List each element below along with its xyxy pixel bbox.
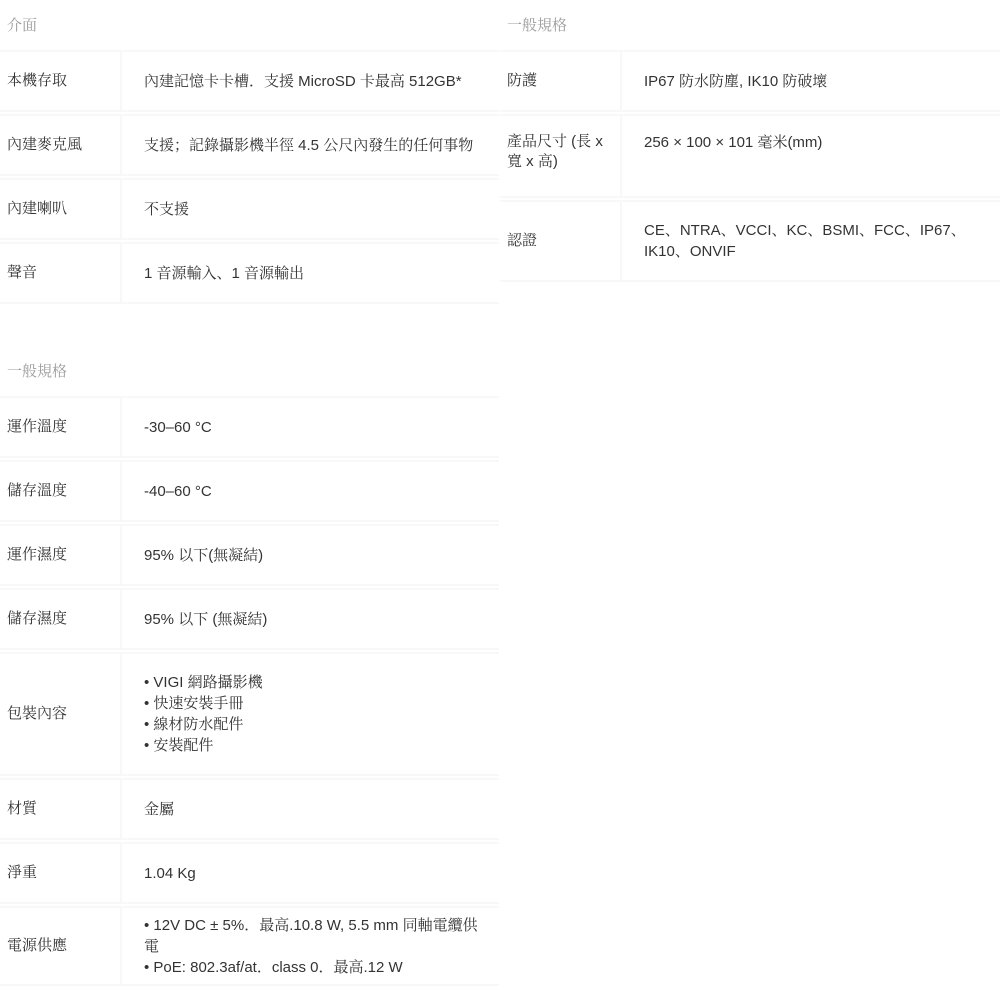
spec-value: 12V DC ± 5%．最高.10.8 W, 5.5 mm 同軸電纜供電 PoE…	[122, 908, 499, 984]
spec-value: VIGI 網路攝影機 快速安裝手冊 線材防水配件 安裝配件	[122, 654, 499, 774]
spec-value: 256 × 100 × 101 毫米(mm)	[622, 116, 1000, 196]
list-item: VIGI 網路攝影機	[144, 672, 263, 693]
package-contents-list: VIGI 網路攝影機 快速安裝手冊 線材防水配件 安裝配件	[144, 672, 263, 756]
spec-label: 運作溫度	[0, 398, 122, 456]
spec-row-operating-temp: 運作溫度 -30–60 °C	[0, 396, 499, 458]
spec-value: 金屬	[122, 780, 499, 838]
list-item: 12V DC ± 5%．最高.10.8 W, 5.5 mm 同軸電纜供電	[144, 915, 489, 957]
spec-row-protection: 防護 IP67 防水防塵, IK10 防破壞	[500, 50, 1000, 112]
spec-value: 1.04 Kg	[122, 844, 499, 902]
spec-row-operating-humidity: 運作濕度 95% 以下(無凝結)	[0, 524, 499, 586]
spec-label: 包裝內容	[0, 654, 122, 774]
spec-row-certification: 認證 CE、NTRA、VCCI、KC、BSMI、FCC、IP67、IK10、ON…	[500, 200, 1000, 282]
list-item: PoE: 802.3af/at．class 0．最高.12 W	[144, 957, 489, 978]
spec-label: 防護	[500, 52, 622, 110]
right-column: 一般規格 防護 IP67 防水防塵, IK10 防破壞 產品尺寸 (長 x 寬 …	[500, 0, 1000, 284]
interface-table: 本機存取 內建記憶卡卡槽．支援 MicroSD 卡最高 512GB* 內建麥克風…	[0, 50, 499, 304]
spec-label: 內建喇叭	[0, 180, 122, 238]
list-item: 安裝配件	[144, 735, 263, 756]
spec-row-local-storage: 本機存取 內建記憶卡卡槽．支援 MicroSD 卡最高 512GB*	[0, 50, 499, 112]
spec-label: 聲音	[0, 244, 122, 302]
spec-label: 儲存濕度	[0, 590, 122, 648]
spec-value: -30–60 °C	[122, 398, 499, 456]
general-section-left: 一般規格 運作溫度 -30–60 °C 儲存溫度 -40–60 °C 運作濕度 …	[0, 346, 499, 986]
spec-row-microphone: 內建麥克風 支援；記錄攝影機半徑 4.5 公尺內發生的任何事物	[0, 114, 499, 176]
section-gap	[0, 306, 499, 346]
spec-label: 產品尺寸 (長 x 寬 x 高)	[500, 116, 622, 196]
section-title-general: 一般規格	[500, 0, 1000, 50]
spec-row-dimensions: 產品尺寸 (長 x 寬 x 高) 256 × 100 × 101 毫米(mm)	[500, 114, 1000, 198]
spec-label: 內建麥克風	[0, 116, 122, 174]
spec-value: CE、NTRA、VCCI、KC、BSMI、FCC、IP67、IK10、ONVIF	[622, 202, 1000, 280]
spec-label: 儲存溫度	[0, 462, 122, 520]
spec-row-storage-temp: 儲存溫度 -40–60 °C	[0, 460, 499, 522]
spec-value: 95% 以下(無凝結)	[122, 526, 499, 584]
general-table: 運作溫度 -30–60 °C 儲存溫度 -40–60 °C 運作濕度 95% 以…	[0, 396, 499, 986]
spec-value: -40–60 °C	[122, 462, 499, 520]
spec-value: 95% 以下 (無凝結)	[122, 590, 499, 648]
spec-value: IP67 防水防塵, IK10 防破壞	[622, 52, 1000, 110]
spec-label: 電源供應	[0, 908, 122, 984]
spec-label: 材質	[0, 780, 122, 838]
spec-value: 1 音源輸入、1 音源輸出	[122, 244, 499, 302]
section-title-interface: 介面	[0, 0, 499, 50]
general-table-right: 防護 IP67 防水防塵, IK10 防破壞 產品尺寸 (長 x 寬 x 高) …	[500, 50, 1000, 282]
section-title-general: 一般規格	[0, 346, 499, 396]
spec-row-speaker: 內建喇叭 不支援	[0, 178, 499, 240]
spec-row-net-weight: 淨重 1.04 Kg	[0, 842, 499, 904]
spec-row-audio: 聲音 1 音源輸入、1 音源輸出	[0, 242, 499, 304]
spec-row-material: 材質 金屬	[0, 778, 499, 840]
spec-label: 淨重	[0, 844, 122, 902]
spec-row-package-contents: 包裝內容 VIGI 網路攝影機 快速安裝手冊 線材防水配件 安裝配件	[0, 652, 499, 776]
spec-label: 運作濕度	[0, 526, 122, 584]
spec-row-storage-humidity: 儲存濕度 95% 以下 (無凝結)	[0, 588, 499, 650]
left-column: 介面 本機存取 內建記憶卡卡槽．支援 MicroSD 卡最高 512GB* 內建…	[0, 0, 499, 988]
list-item: 線材防水配件	[144, 714, 263, 735]
general-section-right: 一般規格 防護 IP67 防水防塵, IK10 防破壞 產品尺寸 (長 x 寬 …	[500, 0, 1000, 282]
spec-value: 支援；記錄攝影機半徑 4.5 公尺內發生的任何事物	[122, 116, 499, 174]
spec-label: 認證	[500, 202, 622, 280]
interface-section: 介面 本機存取 內建記憶卡卡槽．支援 MicroSD 卡最高 512GB* 內建…	[0, 0, 499, 304]
power-supply-list: 12V DC ± 5%．最高.10.8 W, 5.5 mm 同軸電纜供電 PoE…	[144, 915, 489, 978]
spec-page: 介面 本機存取 內建記憶卡卡槽．支援 MicroSD 卡最高 512GB* 內建…	[0, 0, 1000, 1000]
list-item: 快速安裝手冊	[144, 693, 263, 714]
spec-label: 本機存取	[0, 52, 122, 110]
spec-value: 內建記憶卡卡槽．支援 MicroSD 卡最高 512GB*	[122, 52, 499, 110]
spec-row-power-supply: 電源供應 12V DC ± 5%．最高.10.8 W, 5.5 mm 同軸電纜供…	[0, 906, 499, 986]
spec-value: 不支援	[122, 180, 499, 238]
